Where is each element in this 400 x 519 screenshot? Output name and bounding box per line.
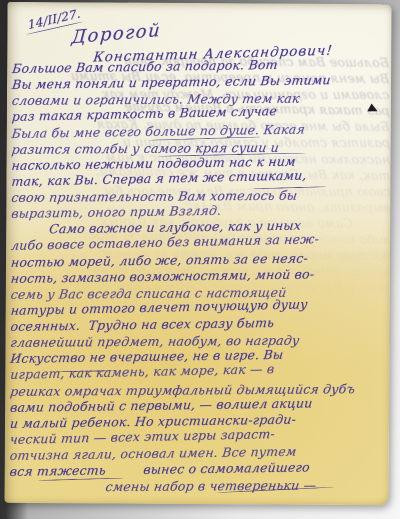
letter-paper: Большое Вам спасибо за подарок. ВотВы ме…: [4, 2, 391, 505]
photo-of-handwritten-letter: Большое Вам спасибо за подарок. ВотВы ме…: [0, 0, 400, 519]
letter-body: Большое Вам спасибо за подарок. ВотВы ме…: [10, 61, 391, 499]
salutation-word: Дорогой: [71, 20, 162, 48]
